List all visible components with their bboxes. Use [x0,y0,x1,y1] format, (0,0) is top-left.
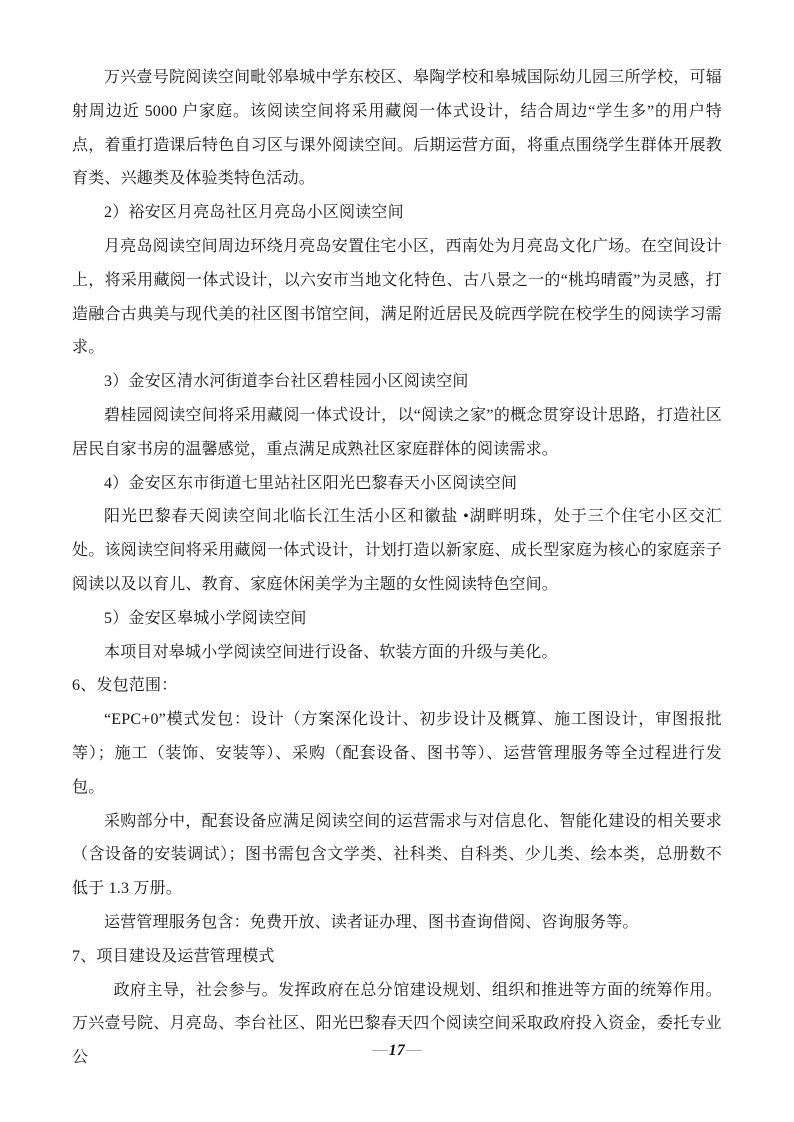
item-heading-3-biguiyuan: 3）金安区清水河街道李台社区碧桂园小区阅读空间 [72,365,722,399]
document-page: 万兴壹号院阅读空间毗邻皋城中学东校区、皋陶学校和皋城国际幼儿园三所学校，可辐射周… [0,0,794,1122]
para-procurement: 采购部分中，配套设备应满足阅读空间的运营需求与对信息化、智能化建设的相关要求（含… [72,805,722,906]
para-biguiyuan: 碧桂园阅读空间将采用藏阅一体式设计，以“阅读之家”的概念贯穿设计思路，打造社区居… [72,399,722,467]
page-number: 17 [388,1042,407,1059]
item-heading-2-yueliangdao: 2）裕安区月亮岛社区月亮岛小区阅读空间 [72,196,722,230]
para-epc-mode: “EPC+0”模式发包：设计（方案深化设计、初步设计及概算、施工图设计，审图报批… [72,703,722,804]
item-heading-5-gaocheng-primary: 5）金安区皋城小学阅读空间 [72,602,722,636]
para-yangguang-bali: 阳光巴黎春天阅读空间北临长江生活小区和徽盐 •湖畔明珠，处于三个住宅小区交汇处。… [72,500,722,601]
para-wanxing-yihaoyuan: 万兴壹号院阅读空间毗邻皋城中学东校区、皋陶学校和皋城国际幼儿园三所学校，可辐射周… [72,61,722,196]
footer-dash-right: — [406,1041,422,1058]
item-heading-4-yangguang-bali: 4）金安区东市街道七里站社区阳光巴黎春天小区阅读空间 [72,467,722,501]
page-footer: —17— [0,1041,794,1061]
para-operation-service: 运营管理服务包含：免费开放、读者证办理、图书查询借阅、咨询服务等。 [72,906,722,940]
footer-dash-left: — [372,1041,388,1058]
document-body: 万兴壹号院阅读空间毗邻皋城中学东校区、皋陶学校和皋城国际幼儿园三所学校，可辐射周… [72,61,722,1075]
section-heading-7-management-mode: 7、项目建设及运营管理模式 [72,940,722,974]
section-heading-6-contract-scope: 6、发包范围： [72,669,722,703]
para-gaocheng-primary: 本项目对皋城小学阅读空间进行设备、软装方面的升级与美化。 [72,636,722,670]
para-yueliangdao: 月亮岛阅读空间周边环绕月亮岛安置住宅小区，西南处为月亮岛文化广场。在空间设计上，… [72,230,722,365]
